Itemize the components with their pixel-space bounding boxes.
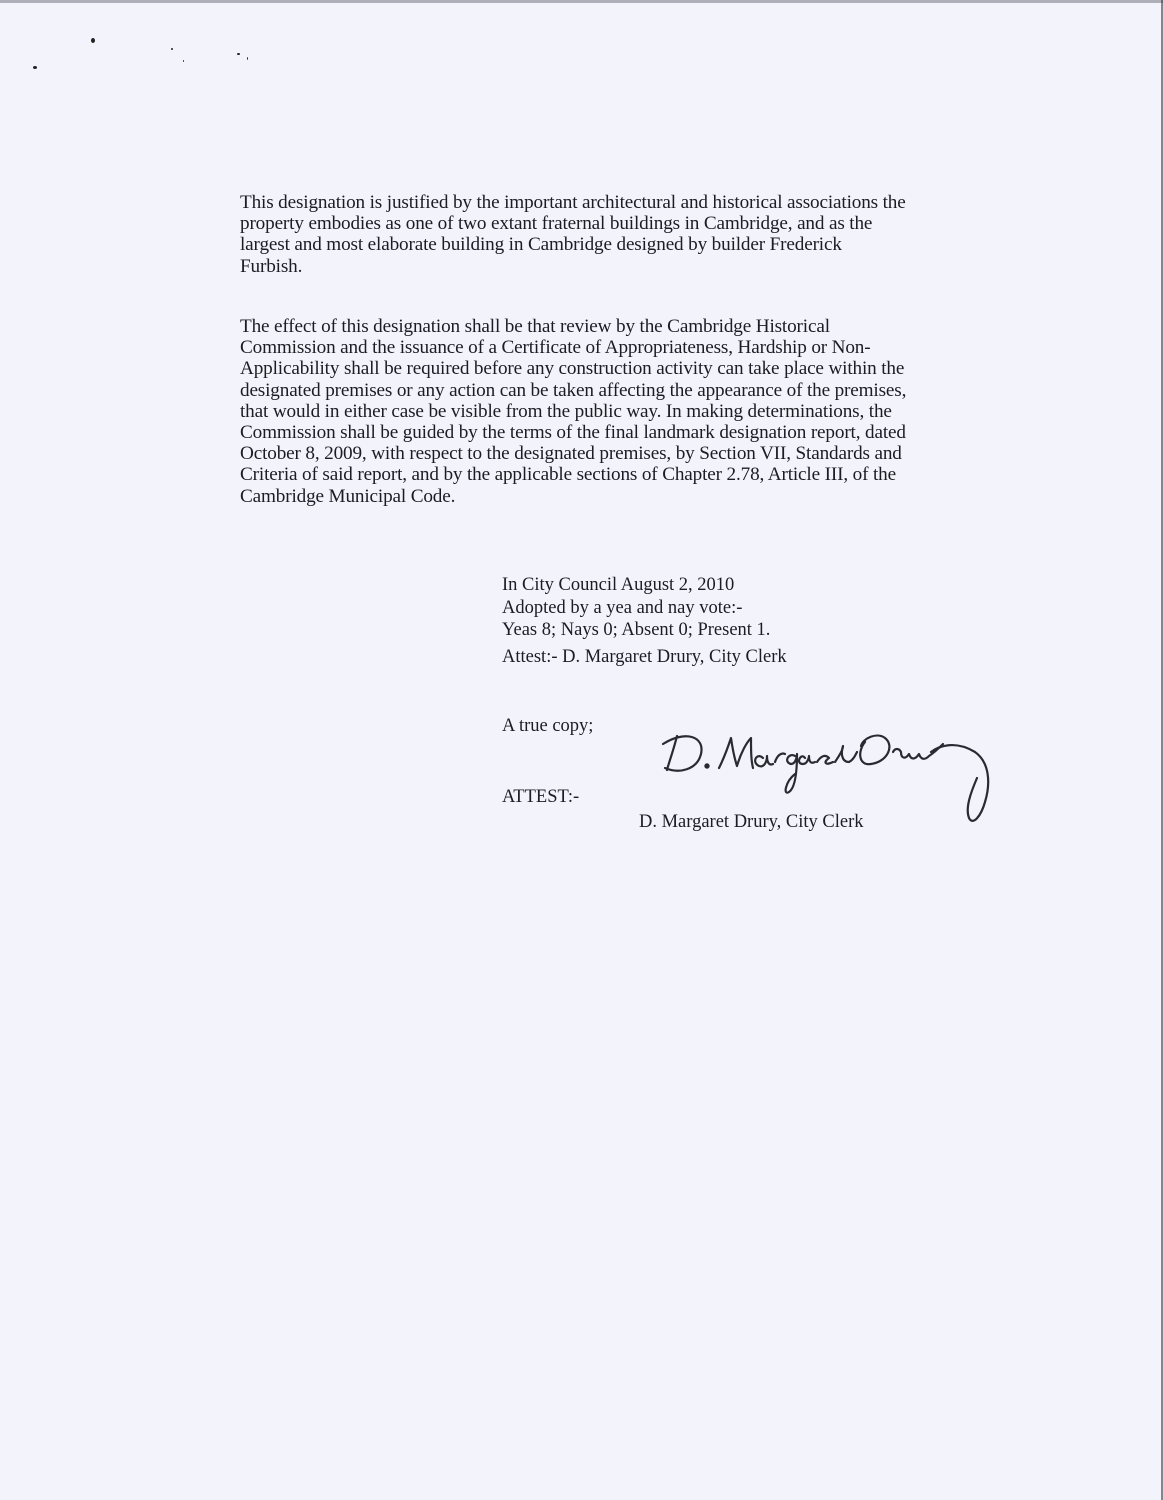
text-line: This designation is justified by the imp… xyxy=(240,192,1000,213)
scan-speck xyxy=(91,38,95,43)
true-copy-label: A true copy; xyxy=(502,716,593,737)
text-line: Applicability shall be required before a… xyxy=(240,358,1000,379)
text-line: The effect of this designation shall be … xyxy=(240,316,1000,337)
justification-paragraph: This designation is justified by the imp… xyxy=(240,192,1000,277)
vote-tally: Yeas 8; Nays 0; Absent 0; Present 1. xyxy=(502,619,787,642)
council-date: In City Council August 2, 2010 xyxy=(502,574,787,597)
text-line: designated premises or any action can be… xyxy=(240,380,1000,401)
text-line: property embodies as one of two extant f… xyxy=(240,213,1000,234)
scan-edge-top xyxy=(0,0,1163,3)
clerk-attest: Attest:- D. Margaret Drury, City Clerk xyxy=(502,646,787,669)
scan-speck xyxy=(33,66,37,69)
scan-speck xyxy=(183,60,184,62)
text-line: Commission and the issuance of a Certifi… xyxy=(240,337,1000,358)
scan-speck xyxy=(237,53,240,55)
adoption-statement: Adopted by a yea and nay vote:- xyxy=(502,597,787,620)
scan-speck xyxy=(247,57,248,60)
text-line: that would in either case be visible fro… xyxy=(240,401,1000,422)
vote-record: In City Council August 2, 2010 Adopted b… xyxy=(502,574,787,668)
scan-speck xyxy=(171,48,173,50)
text-line: Criteria of said report, and by the appl… xyxy=(240,464,1000,485)
attest-label: ATTEST:- xyxy=(502,787,579,808)
text-line: Commission shall be guided by the terms … xyxy=(240,422,1000,443)
signer-name: D. Margaret Drury, City Clerk xyxy=(639,812,864,833)
text-line: Furbish. xyxy=(240,256,1000,277)
text-line: October 8, 2009, with respect to the des… xyxy=(240,443,1000,464)
text-line: largest and most elaborate building in C… xyxy=(240,234,1000,255)
text-line: Cambridge Municipal Code. xyxy=(240,486,1000,507)
effect-paragraph: The effect of this designation shall be … xyxy=(240,316,1000,507)
